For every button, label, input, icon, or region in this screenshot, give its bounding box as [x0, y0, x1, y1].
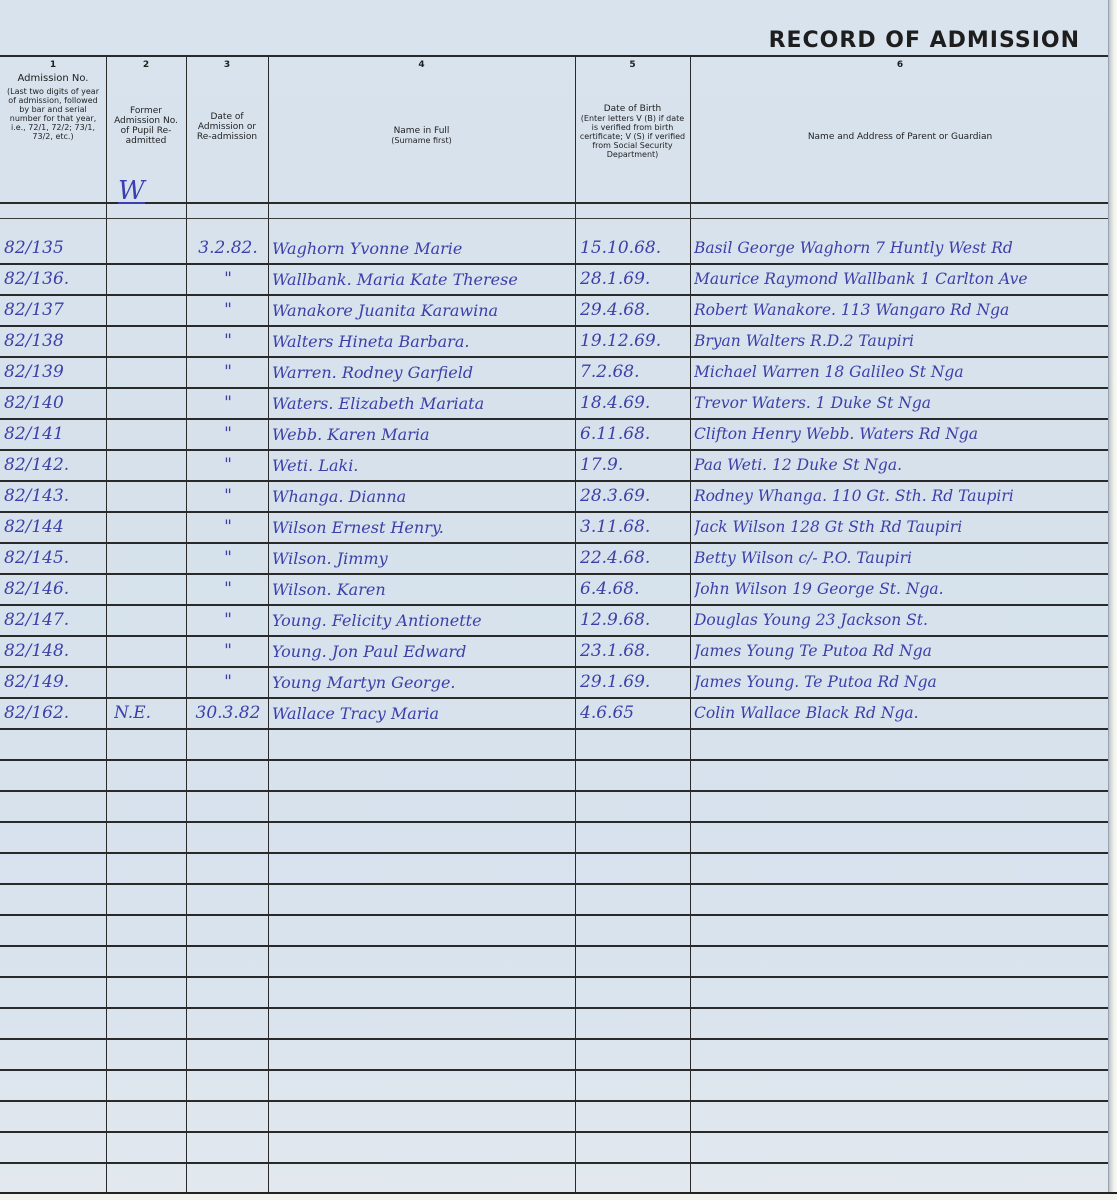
parent-guardian: Trevor Waters. 1 Duke St Nga: [694, 388, 1110, 419]
date-of-admission: ": [188, 667, 268, 698]
admission-number: 82/138: [4, 326, 104, 357]
date-of-admission: ": [188, 357, 268, 388]
date-of-admission: 3.2.82.: [188, 233, 268, 264]
former-admission-number: [114, 574, 184, 605]
table-row: 82/141"Webb. Karen Maria6.11.68.Clifton …: [0, 419, 1110, 450]
blank-table-row: [0, 977, 1110, 1008]
date-of-birth: 15.10.68.: [580, 233, 690, 264]
admission-number: 82/139: [4, 357, 104, 388]
admission-number: 82/146.: [4, 574, 104, 605]
column-label: Date of Admission or Re-admission: [194, 112, 260, 142]
pupil-name: Wanakore Juanita Karawina: [272, 295, 572, 326]
parent-guardian: Colin Wallace Black Rd Nga.: [694, 698, 1110, 729]
date-of-admission: ": [188, 543, 268, 574]
table-row: 82/148."Young. Jon Paul Edward23.1.68.Ja…: [0, 636, 1110, 667]
table-row: 82/146."Wilson. Karen6.4.68.John Wilson …: [0, 574, 1110, 605]
column-number: 6: [690, 60, 1110, 70]
blank-table-row: [0, 915, 1110, 946]
date-of-admission: ": [188, 574, 268, 605]
pupil-name: Webb. Karen Maria: [272, 419, 572, 450]
column-number: 3: [186, 60, 268, 70]
pupil-name: Whanga. Dianna: [272, 481, 572, 512]
former-admission-number: [114, 450, 184, 481]
column-header-name-in-full: 4 Name in Full (Surname first): [268, 58, 575, 203]
admission-number: 82/147.: [4, 605, 104, 636]
pupil-name: Young Martyn George.: [272, 667, 572, 698]
former-admission-number: [114, 636, 184, 667]
handwritten-letter-mark: W: [118, 180, 145, 204]
pupil-name: Young. Felicity Antionette: [272, 605, 572, 636]
column-header-date-of-birth: 5 Date of Birth (Enter letters V (B) if …: [575, 58, 690, 203]
former-admission-number: [114, 543, 184, 574]
former-admission-number: [114, 388, 184, 419]
former-admission-number: [114, 233, 184, 264]
date-of-admission: ": [188, 450, 268, 481]
column-number: 5: [575, 60, 690, 70]
admission-number: 82/162.: [4, 698, 104, 729]
table-row: 82/149."Young Martyn George.29.1.69.Jame…: [0, 667, 1110, 698]
pupil-name: Walters Hineta Barbara.: [272, 326, 572, 357]
admission-number: 82/140: [4, 388, 104, 419]
blank-table-row: [0, 853, 1110, 884]
column-number: 2: [106, 60, 186, 70]
parent-guardian: Paa Weti. 12 Duke St Nga.: [694, 450, 1110, 481]
date-of-birth: 19.12.69.: [580, 326, 690, 357]
date-of-birth: 7.2.68.: [580, 357, 690, 388]
date-of-admission: ": [188, 295, 268, 326]
parent-guardian: James Young Te Putoa Rd Nga: [694, 636, 1110, 667]
former-admission-number: [114, 605, 184, 636]
table-row: 82/142."Weti. Laki.17.9.Paa Weti. 12 Duk…: [0, 450, 1110, 481]
date-of-admission: ": [188, 512, 268, 543]
parent-guardian: Michael Warren 18 Galileo St Nga: [694, 357, 1110, 388]
column-header-date-of-admission: 3 Date of Admission or Re-admission: [186, 58, 268, 203]
former-admission-number: [114, 357, 184, 388]
date-of-admission: ": [188, 326, 268, 357]
date-of-birth: 4.6.65: [580, 698, 690, 729]
table-row: 82/162.N.E.30.3.82Wallace Tracy Maria4.6…: [0, 698, 1110, 729]
column-label: Name and Address of Parent or Guardian: [690, 132, 1110, 142]
former-admission-number: [114, 512, 184, 543]
blank-table-row: [0, 1132, 1110, 1163]
parent-guardian: Basil George Waghorn 7 Huntly West Rd: [694, 233, 1110, 264]
column-header-admission-no: 1 Admission No. (Last two digits of year…: [0, 58, 106, 203]
admission-number: 82/142.: [4, 450, 104, 481]
date-of-admission: ": [188, 264, 268, 295]
date-of-admission: ": [188, 636, 268, 667]
date-of-birth: 22.4.68.: [580, 543, 690, 574]
blank-table-row: [0, 729, 1110, 760]
date-of-admission: ": [188, 388, 268, 419]
page-edge: [1108, 0, 1117, 1200]
blank-table-row: [0, 791, 1110, 822]
parent-guardian: John Wilson 19 George St. Nga.: [694, 574, 1110, 605]
table-row: 82/147."Young. Felicity Antionette12.9.6…: [0, 605, 1110, 636]
date-of-birth: 23.1.68.: [580, 636, 690, 667]
table-row: 82/1353.2.82.Waghorn Yvonne Marie15.10.6…: [0, 233, 1110, 264]
column-label: Admission No.: [14, 73, 92, 84]
pupil-name: Wilson Ernest Henry.: [272, 512, 572, 543]
date-of-birth: 12.9.68.: [580, 605, 690, 636]
blank-table-row: [0, 760, 1110, 791]
column-note: (Surname first): [268, 136, 575, 145]
column-header-parent-guardian: 6 Name and Address of Parent or Guardian: [690, 58, 1110, 203]
date-of-birth: 29.4.68.: [580, 295, 690, 326]
table-row: 82/137"Wanakore Juanita Karawina29.4.68.…: [0, 295, 1110, 326]
column-label: Name in Full: [268, 126, 575, 136]
date-of-admission: 30.3.82: [188, 698, 268, 729]
pupil-name: Young. Jon Paul Edward: [272, 636, 572, 667]
table-row: 82/145."Wilson. Jimmy22.4.68.Betty Wilso…: [0, 543, 1110, 574]
former-admission-number: [114, 667, 184, 698]
date-of-birth: 17.9.: [580, 450, 690, 481]
page-bottom-edge: [0, 1192, 1117, 1200]
blank-table-row: [0, 1070, 1110, 1101]
column-label: Date of Birth: [575, 104, 690, 114]
parent-guardian: Clifton Henry Webb. Waters Rd Nga: [694, 419, 1110, 450]
table-row: 82/143."Whanga. Dianna28.3.69.Rodney Wha…: [0, 481, 1110, 512]
column-note: (Last two digits of year of admission, f…: [6, 87, 100, 141]
parent-guardian: Bryan Walters R.D.2 Taupiri: [694, 326, 1110, 357]
former-admission-number: [114, 264, 184, 295]
column-number: 4: [268, 60, 575, 70]
date-of-admission: ": [188, 605, 268, 636]
pupil-name: Waghorn Yvonne Marie: [272, 233, 572, 264]
page-title: RECORD OF ADMISSION: [769, 28, 1080, 53]
parent-guardian: Douglas Young 23 Jackson St.: [694, 605, 1110, 636]
blank-table-row: [0, 1101, 1110, 1132]
date-of-birth: 18.4.69.: [580, 388, 690, 419]
ruled-line: [0, 218, 1110, 219]
former-admission-number: [114, 295, 184, 326]
column-note: (Enter letters V (B) if date is verified…: [577, 114, 688, 159]
table-row: 82/139"Warren. Rodney Garfield7.2.68.Mic…: [0, 357, 1110, 388]
header-top-rule: [0, 55, 1110, 57]
admission-number: 82/148.: [4, 636, 104, 667]
date-of-birth: 6.4.68.: [580, 574, 690, 605]
date-of-admission: ": [188, 481, 268, 512]
admission-number: 82/135: [4, 233, 104, 264]
table-row: 82/138"Walters Hineta Barbara.19.12.69.B…: [0, 326, 1110, 357]
date-of-admission: ": [188, 419, 268, 450]
table-row: 82/140"Waters. Elizabeth Mariata18.4.69.…: [0, 388, 1110, 419]
pupil-name: Waters. Elizabeth Mariata: [272, 388, 572, 419]
former-admission-number: [114, 326, 184, 357]
admission-number: 82/145.: [4, 543, 104, 574]
pupil-name: Weti. Laki.: [272, 450, 572, 481]
parent-guardian: Betty Wilson c/- P.O. Taupiri: [694, 543, 1110, 574]
blank-table-row: [0, 1008, 1110, 1039]
admission-number: 82/136.: [4, 264, 104, 295]
pupil-name: Wilson. Karen: [272, 574, 572, 605]
former-admission-number: N.E.: [114, 698, 184, 729]
blank-table-row: [0, 884, 1110, 915]
date-of-birth: 3.11.68.: [580, 512, 690, 543]
parent-guardian: Jack Wilson 128 Gt Sth Rd Taupiri: [694, 512, 1110, 543]
admission-number: 82/143.: [4, 481, 104, 512]
ledger-page: RECORD OF ADMISSION 1 Admission No. (Las…: [0, 0, 1110, 1192]
pupil-name: Wallace Tracy Maria: [272, 698, 572, 729]
column-number: 1: [0, 60, 106, 70]
table-row: 82/136."Wallbank. Maria Kate Therese28.1…: [0, 264, 1110, 295]
date-of-birth: 6.11.68.: [580, 419, 690, 450]
admission-number: 82/149.: [4, 667, 104, 698]
table-row: 82/144"Wilson Ernest Henry.3.11.68.Jack …: [0, 512, 1110, 543]
admission-number: 82/141: [4, 419, 104, 450]
blank-table-row: [0, 822, 1110, 853]
blank-table-row: [0, 1163, 1110, 1194]
parent-guardian: Maurice Raymond Wallbank 1 Carlton Ave: [694, 264, 1110, 295]
blank-table-row: [0, 1039, 1110, 1070]
pupil-name: Warren. Rodney Garfield: [272, 357, 572, 388]
date-of-birth: 28.3.69.: [580, 481, 690, 512]
pupil-name: Wilson. Jimmy: [272, 543, 572, 574]
admission-number: 82/137: [4, 295, 104, 326]
date-of-birth: 28.1.69.: [580, 264, 690, 295]
column-label: Former Admission No. of Pupil Re-admitte…: [112, 106, 180, 146]
former-admission-number: [114, 481, 184, 512]
parent-guardian: James Young. Te Putoa Rd Nga: [694, 667, 1110, 698]
pupil-name: Wallbank. Maria Kate Therese: [272, 264, 572, 295]
parent-guardian: Robert Wanakore. 113 Wangaro Rd Nga: [694, 295, 1110, 326]
admission-number: 82/144: [4, 512, 104, 543]
blank-table-row: [0, 946, 1110, 977]
former-admission-number: [114, 419, 184, 450]
date-of-birth: 29.1.69.: [580, 667, 690, 698]
parent-guardian: Rodney Whanga. 110 Gt. Sth. Rd Taupiri: [694, 481, 1110, 512]
